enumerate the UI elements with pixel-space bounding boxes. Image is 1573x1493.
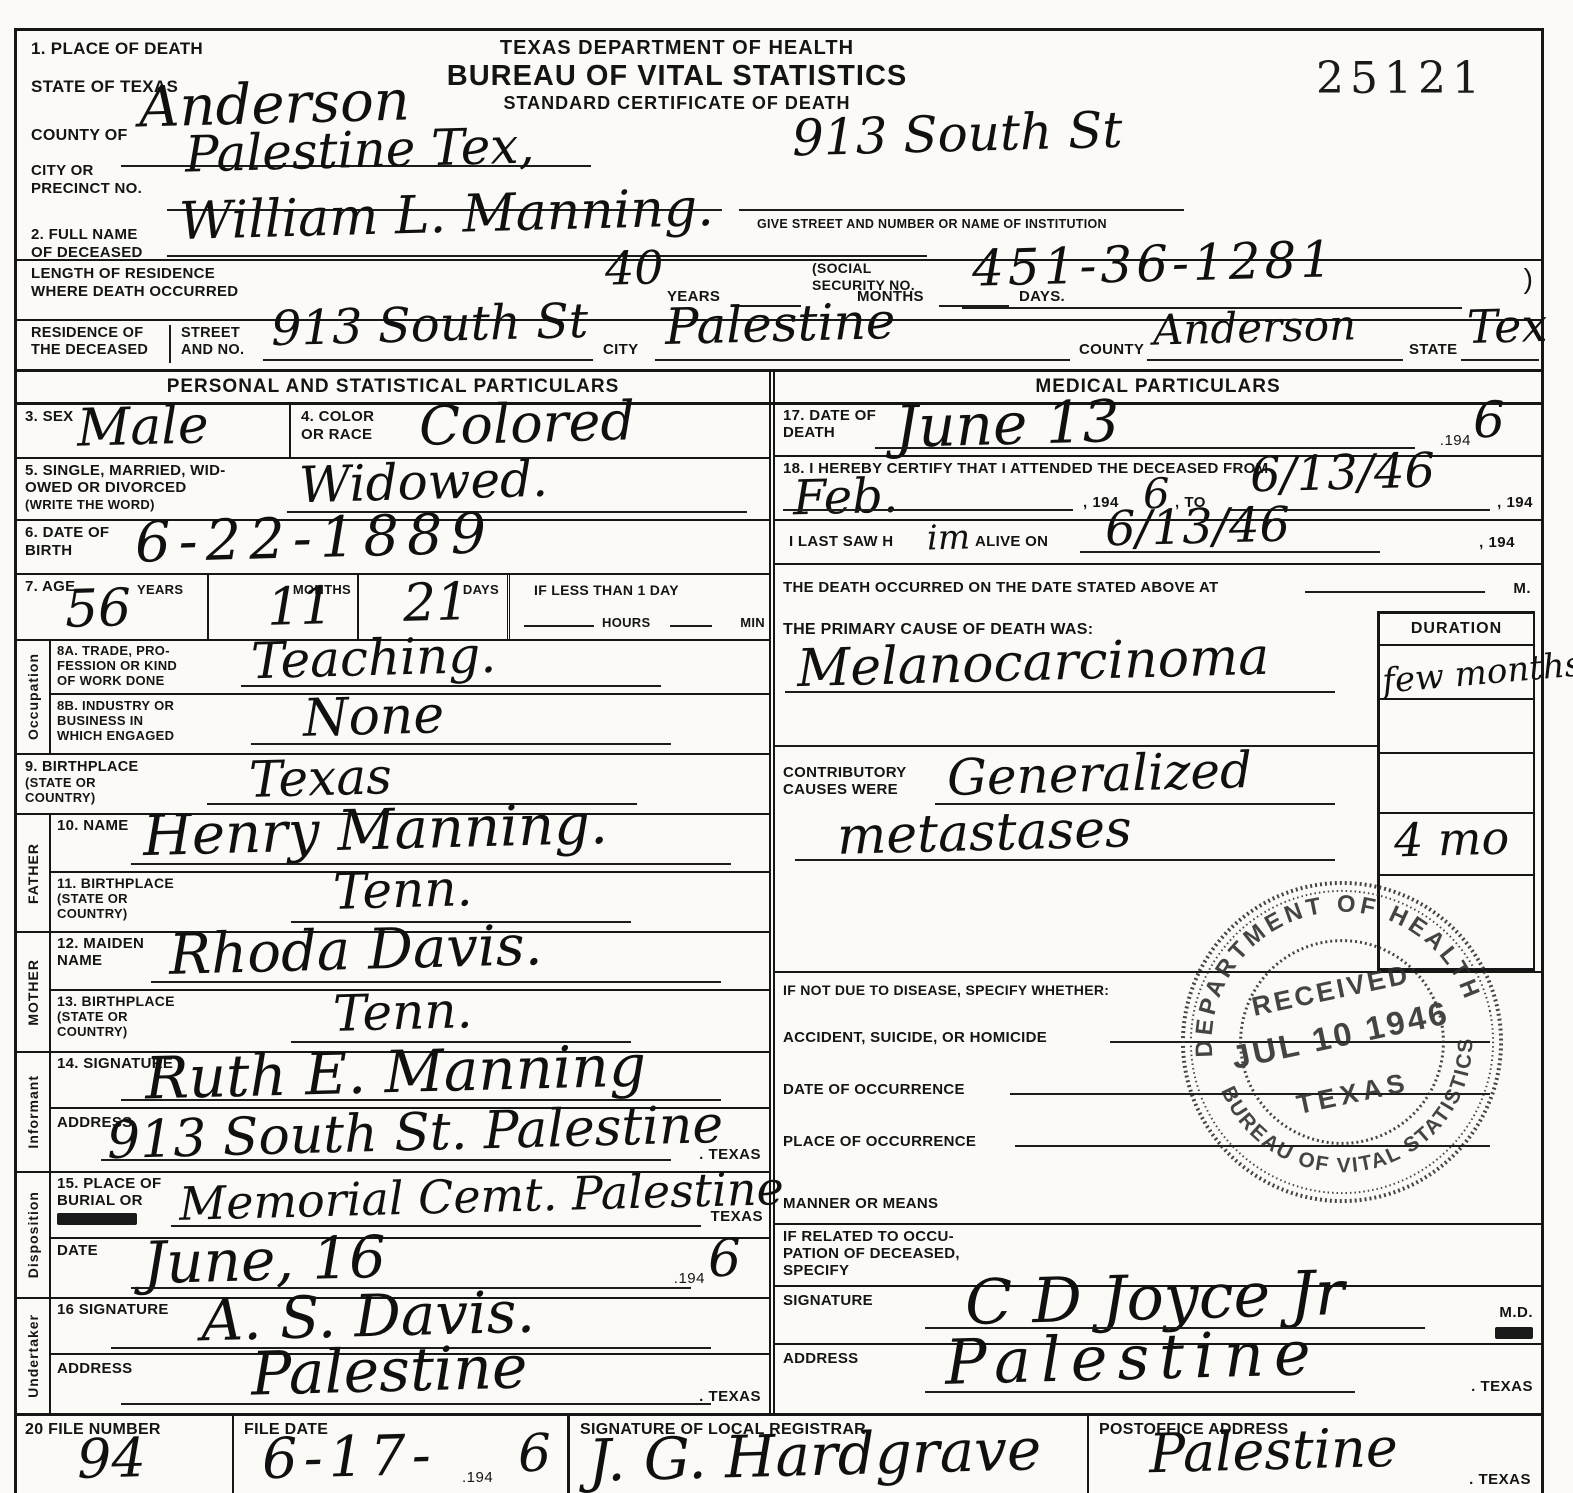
last-saw-rule (1080, 551, 1380, 553)
marital-value: Widowed. (298, 454, 548, 510)
last-saw-him-hw: im (927, 520, 971, 555)
dod-label-line2: DEATH (783, 425, 835, 442)
min-rule (670, 625, 712, 627)
last-saw-label-2: ALIVE ON (975, 534, 1048, 551)
medical-particulars-header: MEDICAL PARTICULARS (775, 372, 1541, 402)
attended-from-value: Feb. (792, 472, 898, 523)
birthplace-label-line2: (STATE OR (25, 776, 96, 791)
trade-label-line2: FESSION OR KIND (57, 659, 177, 674)
dod-year-digit: 6 (1473, 395, 1506, 446)
residence-state-label: STATE (1409, 342, 1457, 359)
residence-section: RESIDENCE OF THE DECEASED STREET AND NO.… (17, 319, 1541, 369)
father-bp-label-line1: 11. BIRTHPLACE (57, 876, 174, 892)
birthplace-label-line3: COUNTRY) (25, 791, 96, 806)
postoffice-cell: POSTOFFICE ADDRESS Palestine . TEXAS (1087, 1416, 1541, 1493)
primary-cause-value: Melanocarcinoma (796, 631, 1269, 695)
contributory-label-line2: CAUSES WERE (783, 782, 898, 799)
ssn-paren-close: ) (1524, 263, 1533, 295)
physician-address-label: ADDRESS (783, 1351, 858, 1368)
mother-side-label: MOTHER (17, 933, 51, 1051)
residence-county-rule (1147, 359, 1403, 361)
accident-label: ACCIDENT, SUICIDE, OR HOMICIDE (783, 1030, 1047, 1047)
county-label: COUNTY OF (31, 127, 128, 145)
field-sex-color: 3. SEX Male 4. COLOR OR RACE Colored (17, 405, 769, 459)
trade-label-line3: OF WORK DONE (57, 674, 165, 689)
occupation-side-label: Occupation (17, 641, 51, 753)
age-months-value: 11 (266, 580, 334, 634)
primary-duration-value: few months (1381, 647, 1573, 698)
industry-label-line1: 8B. INDUSTRY OR (57, 699, 174, 714)
agency-titles: TEXAS DEPARTMENT OF HEALTH BUREAU OF VIT… (347, 37, 1007, 114)
file-date-cell: FILE DATE 6-17- .194 6 (232, 1416, 567, 1493)
city-label-line2: PRECINCT NO. (31, 181, 142, 198)
undertaker-sig-label: 16 SIGNATURE (57, 1302, 169, 1319)
duration-cell-3 (1380, 754, 1533, 814)
mother-maiden-label-line2: NAME (57, 953, 102, 970)
burial-label-line1: 15. PLACE OF (57, 1176, 161, 1193)
mother-bp-label-line3: COUNTRY) (57, 1025, 128, 1040)
industry-label-line3: WHICH ENGAGED (57, 729, 174, 744)
registrar-value: J. G. Hardgrave (587, 1420, 1042, 1490)
father-bp-value: Tenn. (332, 863, 473, 917)
informant-address-value: 913 South St. Palestine (106, 1099, 723, 1167)
residence-label-line2: THE DECEASED (31, 342, 148, 358)
death-occurred-label: THE DEATH OCCURRED ON THE DATE STATED AB… (783, 580, 1218, 597)
column-headers: PERSONAL AND STATISTICAL PARTICULARS MED… (17, 369, 1541, 405)
informant-sig-value: Ruth E. Manning (144, 1036, 646, 1107)
birthplace-value: Texas (248, 751, 392, 805)
field-informant-address: ADDRESS 913 South St. Palestine . TEXAS (51, 1109, 769, 1171)
dob-label-line1: 6. DATE OF (25, 525, 109, 542)
trade-rule (241, 685, 661, 687)
received-stamp: DEPARTMENT OF HEALTH BUREAU OF VITAL STA… (1142, 842, 1543, 1243)
place-occurrence-label: PLACE OF OCCURRENCE (783, 1134, 976, 1151)
field-death-occurred-at: THE DEATH OCCURRED ON THE DATE STATED AB… (775, 565, 1541, 611)
father-bp-label-line2: (STATE OR (57, 892, 128, 907)
attended-to-value: 6/13/46 (1249, 447, 1435, 500)
burial-date-label: DATE (57, 1243, 98, 1260)
disposition-side-label: Disposition (17, 1173, 51, 1297)
certificate-number: 25121 (1316, 53, 1486, 104)
physician-sig-label: SIGNATURE (783, 1293, 873, 1310)
place-of-death-label: 1. PLACE OF DEATH (31, 39, 203, 58)
sex-label: 3. SEX (25, 409, 74, 426)
fullname-label-line1: 2. FULL NAME (31, 227, 138, 244)
undertaker-side-label: Undertaker (17, 1299, 51, 1413)
file-number-cell: 20 FILE NUMBER 94 (17, 1416, 232, 1493)
md-label: M.D. (1499, 1304, 1533, 1321)
age-less-than-day-cell: IF LESS THAN 1 DAY HOURS MIN (507, 575, 769, 639)
occupation-group: Occupation 8A. TRADE, PRO- FESSION OR KI… (17, 641, 769, 755)
father-group: FATHER 10. NAME Henry Manning. 11. BIRTH… (17, 815, 769, 933)
struck-removal-label: REMOVAL (57, 1213, 137, 1225)
color-label-line2: OR RACE (301, 427, 372, 444)
duration-cell-2 (1380, 700, 1533, 754)
city-value: Palestine Tex, (184, 120, 535, 179)
street-value: 913 South St (791, 105, 1123, 164)
undertaker-texas-label: . TEXAS (699, 1388, 761, 1405)
field-sex: 3. SEX Male (17, 405, 291, 457)
last-saw-year-label: , 194 (1479, 534, 1515, 551)
physician-address-row: ADDRESS Palestine . TEXAS (775, 1345, 1541, 1403)
residence-county-label: COUNTY (1079, 342, 1144, 359)
burial-year-digit: 6 (707, 1233, 741, 1286)
hours-label: HOURS (602, 616, 650, 631)
informant-address-rule (101, 1159, 671, 1161)
residence-divider (169, 325, 171, 363)
age-years-value: 56 (64, 582, 132, 636)
marital-label-line2: OWED OR DIVORCED (25, 480, 186, 497)
burial-label-line2: BURIAL OR (57, 1193, 143, 1210)
agency-title-line2: BUREAU OF VITAL STATISTICS (347, 60, 1007, 93)
residence-state-value: Tex (1466, 302, 1547, 350)
burial-year-prefix: .194 (674, 1270, 705, 1287)
death-occurred-rule (1305, 591, 1485, 593)
sex-value: Male (76, 399, 209, 454)
file-date-year-prefix: .194 (462, 1469, 493, 1486)
mother-bp-label-line2: (STATE OR (57, 1010, 128, 1025)
mother-bp-label-line1: 13. BIRTHPLACE (57, 994, 175, 1010)
field-undertaker-address: ADDRESS Palestine . TEXAS (51, 1355, 769, 1413)
mother-group: MOTHER 12. MAIDEN NAME Rhoda Davis. 13. … (17, 933, 769, 1053)
physician-texas-label: . TEXAS (1471, 1378, 1533, 1395)
father-name-value: Henry Manning. (142, 797, 608, 865)
related-label-line2: PATION OF DECEASED, (783, 1246, 960, 1263)
death-occurred-m-label: M. (1513, 580, 1531, 597)
street-hint-label: GIVE STREET AND NUMBER OR NAME OF INSTIT… (757, 217, 1107, 231)
field-date-of-birth: 6. DATE OF BIRTH 6-22-1889 (17, 521, 769, 575)
hours-rule (524, 625, 594, 627)
dob-label-line2: BIRTH (25, 543, 72, 560)
age-days-value: 21 (402, 576, 470, 630)
residence-county-value: Anderson (1152, 304, 1356, 351)
marital-label-line1: 5. SINGLE, MARRIED, WID- (25, 463, 226, 480)
informant-side-label: Informant (17, 1053, 51, 1171)
contributory-rule2 (795, 859, 1335, 861)
length-years-value: 40 (604, 244, 664, 292)
birthplace-label-line1: 9. BIRTHPLACE (25, 759, 138, 775)
attended-from-rule (783, 509, 1073, 511)
agency-title-line1: TEXAS DEPARTMENT OF HEALTH (347, 37, 1007, 60)
father-bp-label-line3: COUNTRY) (57, 907, 128, 922)
length-label-line1: LENGTH OF RESIDENCE (31, 266, 215, 283)
min-label: MIN (740, 616, 765, 631)
primary-cause-row: Melanocarcinoma (775, 649, 1377, 701)
burial-texas-label: TEXAS (710, 1208, 763, 1225)
trade-label-line1: 8A. TRADE, PRO- (57, 644, 170, 659)
city-label-line1: CITY OR (31, 163, 94, 180)
duration-header: DURATION (1380, 614, 1533, 646)
field-last-saw-alive: I LAST SAW H im ALIVE ON 6/13/46 , 194 (775, 521, 1541, 565)
undertaker-address-value: Palestine (250, 1337, 528, 1404)
industry-label-line2: BUSINESS IN (57, 714, 143, 729)
field-industry: 8B. INDUSTRY OR BUSINESS IN WHICH ENGAGE… (51, 695, 769, 753)
residence-label-line1: RESIDENCE OF (31, 325, 143, 341)
fullname-value: William L. Manning. (178, 182, 714, 248)
contributory-value-line2: metastases (836, 803, 1132, 863)
related-label-line1: IF RELATED TO OCCU- (783, 1229, 954, 1246)
file-date-value: 6-17- (261, 1428, 437, 1489)
related-label-line3: SPECIFY (783, 1263, 849, 1280)
primary-cause-rule (785, 691, 1335, 693)
manner-means-label: MANNER OR MEANS (783, 1196, 938, 1213)
street-no-label-line2: AND NO. (181, 342, 244, 358)
disposition-group: Disposition 15. PLACE OF BURIAL OR REMOV… (17, 1173, 769, 1299)
dod-label-line1: 17. DATE OF (783, 408, 876, 425)
undertaker-group: Undertaker 16 SIGNATURE A. S. Davis. ADD… (17, 1299, 769, 1413)
death-certificate-scan: 1. PLACE OF DEATH STATE OF TEXAS TEXAS D… (0, 0, 1573, 1493)
street-rule (739, 209, 1184, 211)
dob-value: 6-22-1889 (134, 506, 495, 571)
residence-street-rule (263, 359, 593, 361)
informant-texas-label: . TEXAS (699, 1146, 761, 1163)
residence-city-label: CITY (603, 342, 638, 359)
color-value: Colored (418, 394, 635, 454)
if-not-disease-label: IF NOT DUE TO DISEASE, SPECIFY WHETHER: (783, 983, 1109, 999)
header-section: 1. PLACE OF DEATH STATE OF TEXAS TEXAS D… (17, 31, 1541, 259)
industry-value: None (302, 689, 444, 745)
file-date-year-digit: 6 (517, 1428, 551, 1481)
ssn-label-line2: SECURITY NO. (812, 278, 915, 294)
last-saw-label-1: I LAST SAW H (789, 534, 893, 551)
dod-year-prefix: .194 (1440, 432, 1471, 449)
metastases-row: metastases (775, 811, 1377, 871)
last-saw-value: 6/13/46 (1104, 501, 1290, 554)
stamp-state-text: TEXAS (1294, 1067, 1412, 1120)
undertaker-address-label: ADDRESS (57, 1361, 132, 1378)
father-side-label: FATHER (17, 815, 51, 931)
trade-value: Teaching. (250, 630, 496, 686)
color-label-line1: 4. COLOR (301, 409, 374, 426)
physician-address-value: Palestine (944, 1322, 1321, 1394)
less-than-day-label: IF LESS THAN 1 DAY (534, 583, 679, 599)
file-number-value: 94 (76, 1431, 146, 1487)
residence-city-rule (655, 359, 1070, 361)
father-name-label: 10. NAME (57, 818, 129, 835)
informant-group: Informant 14. SIGNATURE Ruth E. Manning … (17, 1053, 769, 1173)
personal-column: 3. SEX Male 4. COLOR OR RACE Colored 5. … (17, 405, 775, 1413)
age-years-label: YEARS (137, 583, 183, 598)
registrar-cell: SIGNATURE OF LOCAL REGISTRAR J. G. Hardg… (567, 1416, 1087, 1493)
mother-maiden-label-line1: 12. MAIDEN (57, 936, 144, 953)
physician-address-rule (925, 1391, 1355, 1393)
to-year-label: , 194 (1497, 494, 1533, 511)
industry-rule (251, 743, 671, 745)
struck-ost-label: OST. (1495, 1327, 1533, 1339)
street-no-label-line1: STREET (181, 325, 240, 341)
contributory-value-line1: Generalized (946, 745, 1252, 803)
age-years-cell: 7. AGE YEARS 56 (17, 575, 207, 639)
duration-cell-1: few months (1380, 646, 1533, 700)
mother-bp-value: Tenn. (332, 985, 473, 1039)
length-label-line2: WHERE DEATH OCCURRED (31, 284, 238, 301)
medical-column: 17. DATE OF DEATH June 13 .194 6 18. I H… (775, 405, 1541, 1413)
fullname-rule (167, 255, 927, 257)
burial-place-value: Memorial Cemt. Palestine (179, 1165, 785, 1227)
date-occurrence-label: DATE OF OCCURRENCE (783, 1082, 965, 1099)
residence-street-value: 913 South St (270, 297, 588, 353)
ssn-label-line1: (SOCIAL (812, 261, 872, 277)
registrar-row: 20 FILE NUMBER 94 FILE DATE 6-17- .194 6… (17, 1413, 1541, 1493)
undertaker-address-rule (121, 1403, 711, 1405)
contributory-label-line1: CONTRIBUTORY (783, 765, 907, 782)
postoffice-texas-label: . TEXAS (1469, 1471, 1531, 1488)
mother-maiden-value: Rhoda Davis. (168, 918, 543, 984)
ssn-value: 451-36-1281 (971, 234, 1336, 294)
postoffice-value: Palestine (1148, 1421, 1398, 1481)
certificate-body: 1. PLACE OF DEATH STATE OF TEXAS TEXAS D… (14, 28, 1544, 1493)
residence-city-value: Palestine (664, 296, 896, 352)
residence-state-rule (1461, 359, 1539, 361)
